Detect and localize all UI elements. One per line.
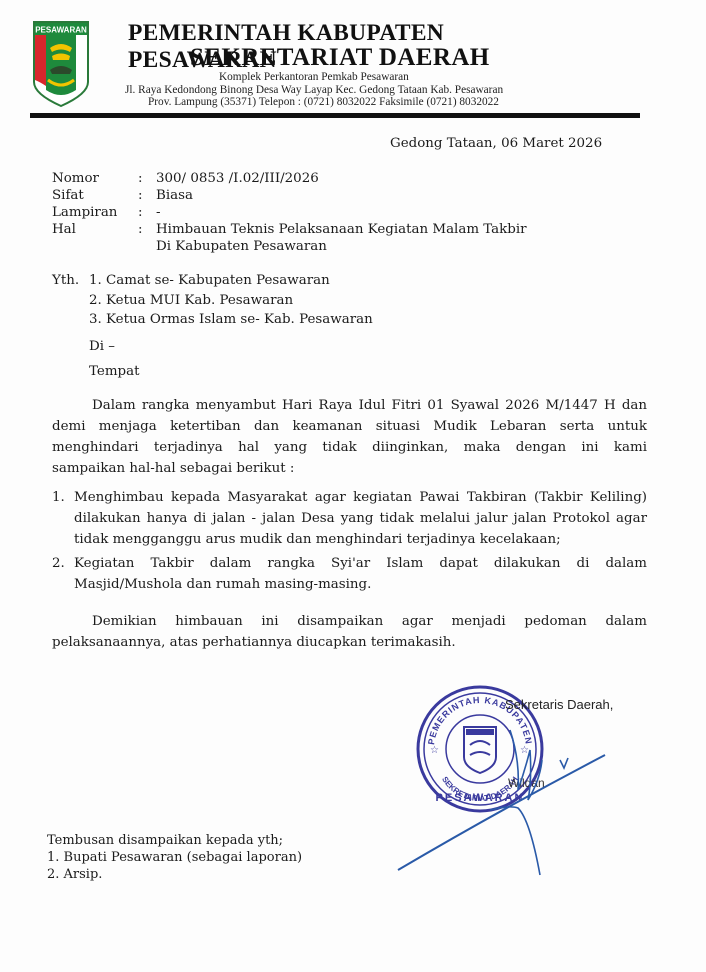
recipients-di: Di – [89,339,115,354]
meta-label-sifat: Sifat [52,188,84,203]
handwritten-signature [390,700,620,880]
meta-value-nomor: 300/ 0853 /I.02/III/2026 [156,171,319,186]
tembusan-heading: Tembusan disampaikan kepada yth; [47,833,283,848]
body-intro-line: menghindari terjadinya hal yang tidak di… [52,440,647,455]
point-line: Kegiatan Takbir dalam rangka Syi'ar Isla… [74,556,647,571]
closing-line: Demikian himbauan ini disampaikan agar m… [92,614,647,629]
recipient-item: 2. Ketua MUI Kab. Pesawaran [89,293,293,308]
tembusan-item: 1. Bupati Pesawaran (sebagai laporan) [47,850,302,865]
letter-page: PESAWARAN PEMERINTAH KABUPATEN PESAWARAN… [0,0,706,972]
place-date: Gedong Tataan, 06 Maret 2026 [390,136,602,151]
point-line: dilakukan hanya di jalan - jalan Desa ya… [74,511,647,526]
svg-text:PESAWARAN: PESAWARAN [35,26,87,35]
point-number: 2. [52,556,65,571]
point-line: Menghimbau kepada Masyarakat agar kegiat… [74,490,647,505]
letterhead-address-line-2: Jl. Raya Kedondong Binong Desa Way Layap… [125,84,503,96]
meta-value-hal: Himbauan Teknis Pelaksanaan Kegiatan Mal… [156,222,527,237]
recipient-item: 1. Camat se- Kabupaten Pesawaran [89,273,330,288]
meta-label-lampiran: Lampiran [52,205,117,220]
meta-colon: : [138,188,143,203]
point-line: Masjid/Mushola dan rumah masing-masing. [74,577,371,592]
body-intro-line: demi menjaga ketertiban dan keamanan sit… [52,419,647,434]
letterhead-address-line-3: Prov. Lampung (35371) Telepon : (0721) 8… [148,96,499,108]
point-line: tidak mengganggu arus mudik dan menghind… [74,532,561,547]
closing-line: pelaksanaannya, atas perhatiannya diucap… [52,635,456,650]
letterhead-divider [30,113,640,118]
point-number: 1. [52,490,65,505]
meta-value-sifat: Biasa [156,188,193,203]
meta-label-hal: Hal [52,222,76,237]
meta-colon: : [138,171,143,186]
recipients-prefix: Yth. [52,273,79,288]
tembusan-item: 2. Arsip. [47,867,102,882]
meta-colon: : [138,205,143,220]
meta-value-lampiran: - [156,205,161,220]
body-intro-line: Dalam rangka menyambut Hari Raya Idul Fi… [92,398,647,413]
body-intro-line: sampaikan hal-hal sebagai berikut : [52,461,294,476]
recipients-tempat: Tempat [89,364,139,379]
meta-label-nomor: Nomor [52,171,99,186]
letterhead-subtitle: SEKRETARIAT DAERAH [190,44,490,72]
meta-value-hal-line-2: Di Kabupaten Pesawaran [156,239,327,254]
recipient-item: 3. Ketua Ormas Islam se- Kab. Pesawaran [89,312,373,327]
letterhead-address-line-1: Komplek Perkantoran Pemkab Pesawaran [219,71,409,83]
pesawaran-crest-logo: PESAWARAN [32,20,90,108]
meta-colon: : [138,222,143,237]
